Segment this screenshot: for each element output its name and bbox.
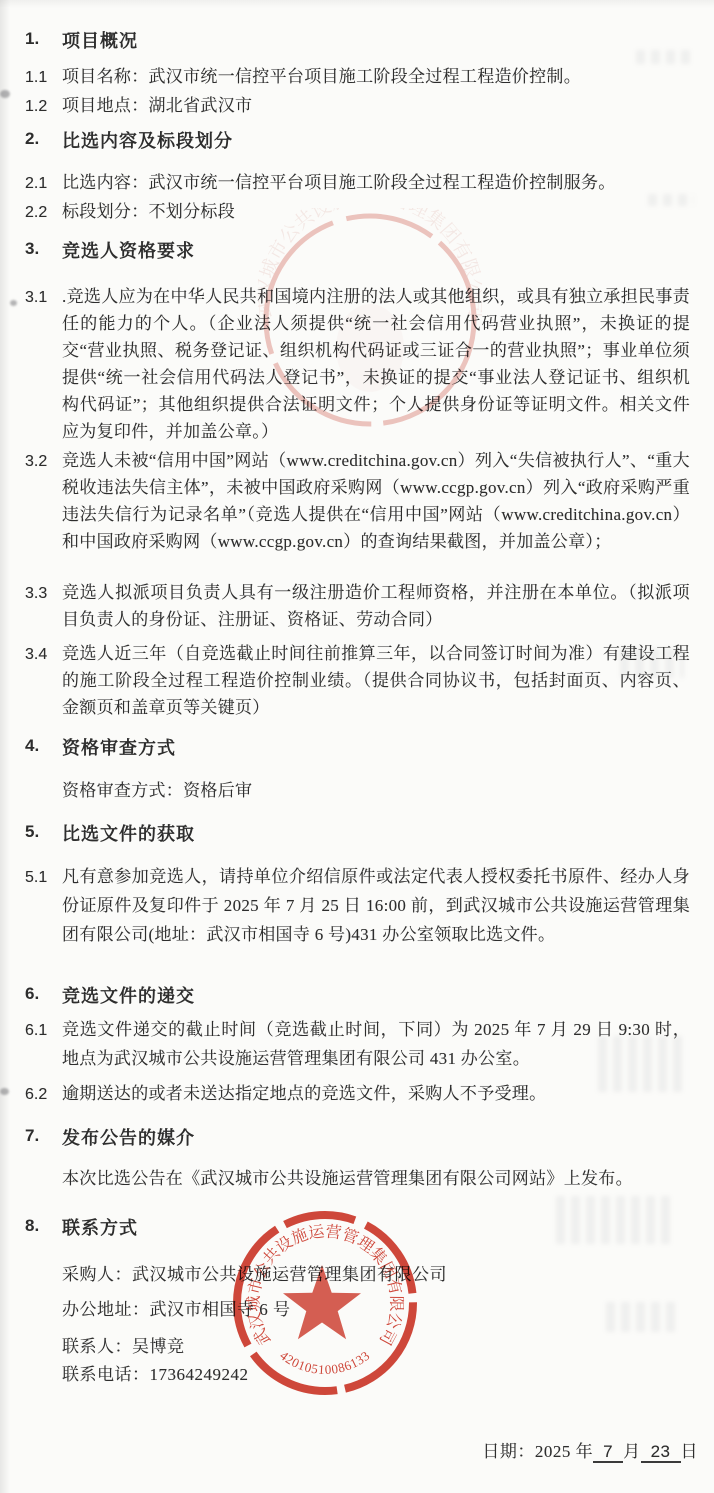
section-title: 项目概况 xyxy=(62,31,138,51)
section-number: 6. xyxy=(25,984,39,1004)
clause-text: 竞选人未被“信用中国”网站（www.creditchina.gov.cn）列入“… xyxy=(62,451,690,551)
scan-edge-shadow xyxy=(0,0,10,1493)
clause-number: 3.1 xyxy=(25,284,47,311)
section-title: 比选内容及标段划分 xyxy=(62,131,233,151)
date-month-unit: 月 xyxy=(623,1442,641,1461)
clause-6-1: 6.1 竞选文件递交的截止时间（竞选截止时间，下同）为 2025 年 7 月 2… xyxy=(25,1015,690,1073)
clause-number: 2.1 xyxy=(25,170,47,198)
clause-number: 5.1 xyxy=(25,863,47,892)
section-title: 联系方式 xyxy=(62,1218,138,1238)
section-4-body: 资格审查方式：资格后审 xyxy=(62,777,690,805)
section-title: 比选文件的获取 xyxy=(62,824,195,844)
bleed-through-smudge xyxy=(636,50,694,64)
clause-1-1: 1.1 项目名称：武汉市统一信控平台项目施工阶段全过程工程造价控制。 xyxy=(25,63,690,91)
scan-speck xyxy=(0,1088,9,1095)
clause-text: 竞选文件递交的截止时间（竞选截止时间，下同）为 2025 年 7 月 29 日 … xyxy=(62,1020,690,1068)
bleed-through-smudge xyxy=(620,648,684,678)
section-title: 资格审查方式 xyxy=(62,738,176,758)
clause-number: 1.1 xyxy=(25,64,47,92)
faint-stamp-ring-text: 武汉城市公共设施运营管理集团有限公司 xyxy=(258,208,482,318)
clause-text: 项目地点：湖北省武汉市 xyxy=(62,96,252,115)
clause-number: 2.2 xyxy=(25,199,47,227)
section-title: 竞选文件的递交 xyxy=(62,986,195,1006)
section-7-body: 本次比选公告在《武汉城市公共设施运营管理集团有限公司网站》上发布。 xyxy=(62,1165,690,1193)
bleed-through-smudge xyxy=(606,1302,678,1332)
section-title: 发布公告的媒介 xyxy=(62,1128,195,1148)
scan-edge-shadow-top xyxy=(0,0,714,8)
clause-number: 1.2 xyxy=(25,93,47,121)
clause-number: 6.1 xyxy=(25,1016,47,1045)
section-number: 2. xyxy=(25,129,39,149)
faint-stamp: 武汉城市公共设施运营管理集团有限公司 xyxy=(258,208,482,432)
company-seal-stamp: 武汉城市公共设施运营管理集团有限公司 42010510086133 xyxy=(225,1203,425,1403)
body-text: 资格审查方式：资格后审 xyxy=(62,781,252,800)
scan-speck xyxy=(10,300,17,306)
section-4-heading: 4. 资格审查方式 xyxy=(25,734,690,760)
section-6-heading: 6. 竞选文件的递交 xyxy=(25,982,690,1008)
body-text: 本次比选公告在《武汉城市公共设施运营管理集团有限公司网站》上发布。 xyxy=(62,1169,633,1188)
bleed-through-smudge xyxy=(598,1036,684,1092)
date-day: 23 xyxy=(641,1442,681,1463)
section-5-heading: 5. 比选文件的获取 xyxy=(25,820,690,846)
date-day-unit: 日 xyxy=(681,1442,699,1461)
clause-text: 竞选人拟派项目负责人具有一级注册造价工程师资格，并注册在本单位。（拟派项目负责人… xyxy=(62,583,690,629)
section-number: 5. xyxy=(25,822,39,842)
section-number: 8. xyxy=(25,1216,39,1236)
date-line: 日期：2025 年7月23日 xyxy=(482,1437,698,1462)
clause-5-1: 5.1 凡有意参加竞选人，请持单位介绍信原件或法定代表人授权委托书原件、经办人身… xyxy=(25,862,690,949)
bleed-through-smudge xyxy=(648,194,694,206)
scan-speck xyxy=(0,90,10,98)
clause-3-2: 3.2 竞选人未被“信用中国”网站（www.creditchina.gov.cn… xyxy=(25,447,690,555)
seal-star-icon xyxy=(283,1265,361,1339)
clause-text: 凡有意参加竞选人，请持单位介绍信原件或法定代表人授权委托书原件、经办人身份证原件… xyxy=(62,867,690,944)
section-7-heading: 7. 发布公告的媒介 xyxy=(25,1124,690,1150)
section-number: 7. xyxy=(25,1126,39,1146)
section-1-heading: 1. 项目概况 xyxy=(25,27,690,53)
clause-number: 3.4 xyxy=(25,641,47,668)
clause-number: 6.2 xyxy=(25,1080,47,1109)
section-number: 4. xyxy=(25,736,39,756)
section-number: 1. xyxy=(25,29,39,49)
section-title: 竞选人资格要求 xyxy=(62,241,195,261)
clause-number: 3.2 xyxy=(25,448,47,475)
clause-number: 3.3 xyxy=(25,580,47,607)
section-number: 3. xyxy=(25,239,39,259)
section-2-heading: 2. 比选内容及标段划分 xyxy=(25,127,690,153)
clause-3-3: 3.3 竞选人拟派项目负责人具有一级注册造价工程师资格，并注册在本单位。（拟派项… xyxy=(25,579,690,633)
bleed-through-smudge xyxy=(556,1196,672,1244)
clause-3-4: 3.4 竞选人近三年（自竞选截止时间往前推算三年，以合同签订时间为准）有建设工程… xyxy=(25,640,690,721)
clause-6-2: 6.2 逾期送达的或者未送达指定地点的竞选文件，采购人不予受理。 xyxy=(25,1079,690,1108)
date-prefix: 日期：2025 年 xyxy=(482,1442,593,1461)
clause-text: 竞选人近三年（自竞选截止时间往前推算三年，以合同签订时间为准）有建设工程的施工阶… xyxy=(62,644,690,717)
clause-text: 逾期送达的或者未送达指定地点的竞选文件，采购人不予受理。 xyxy=(62,1084,546,1103)
clause-text: 标段划分：不划分标段 xyxy=(62,202,235,221)
seal-number: 42010510086133 xyxy=(277,1348,373,1377)
clause-text: 项目名称：武汉市统一信控平台项目施工阶段全过程工程造价控制。 xyxy=(62,67,581,86)
date-month: 7 xyxy=(593,1442,623,1463)
clause-1-2: 1.2 项目地点：湖北省武汉市 xyxy=(25,92,690,120)
faint-stamp-smear xyxy=(336,304,404,392)
clause-2-1: 2.1 比选内容：武汉市统一信控平台项目施工阶段全过程工程造价控制服务。 xyxy=(25,169,690,197)
scanned-document-page: 1. 项目概况 1.1 项目名称：武汉市统一信控平台项目施工阶段全过程工程造价控… xyxy=(0,0,714,1493)
clause-text: 比选内容：武汉市统一信控平台项目施工阶段全过程工程造价控制服务。 xyxy=(62,173,616,192)
